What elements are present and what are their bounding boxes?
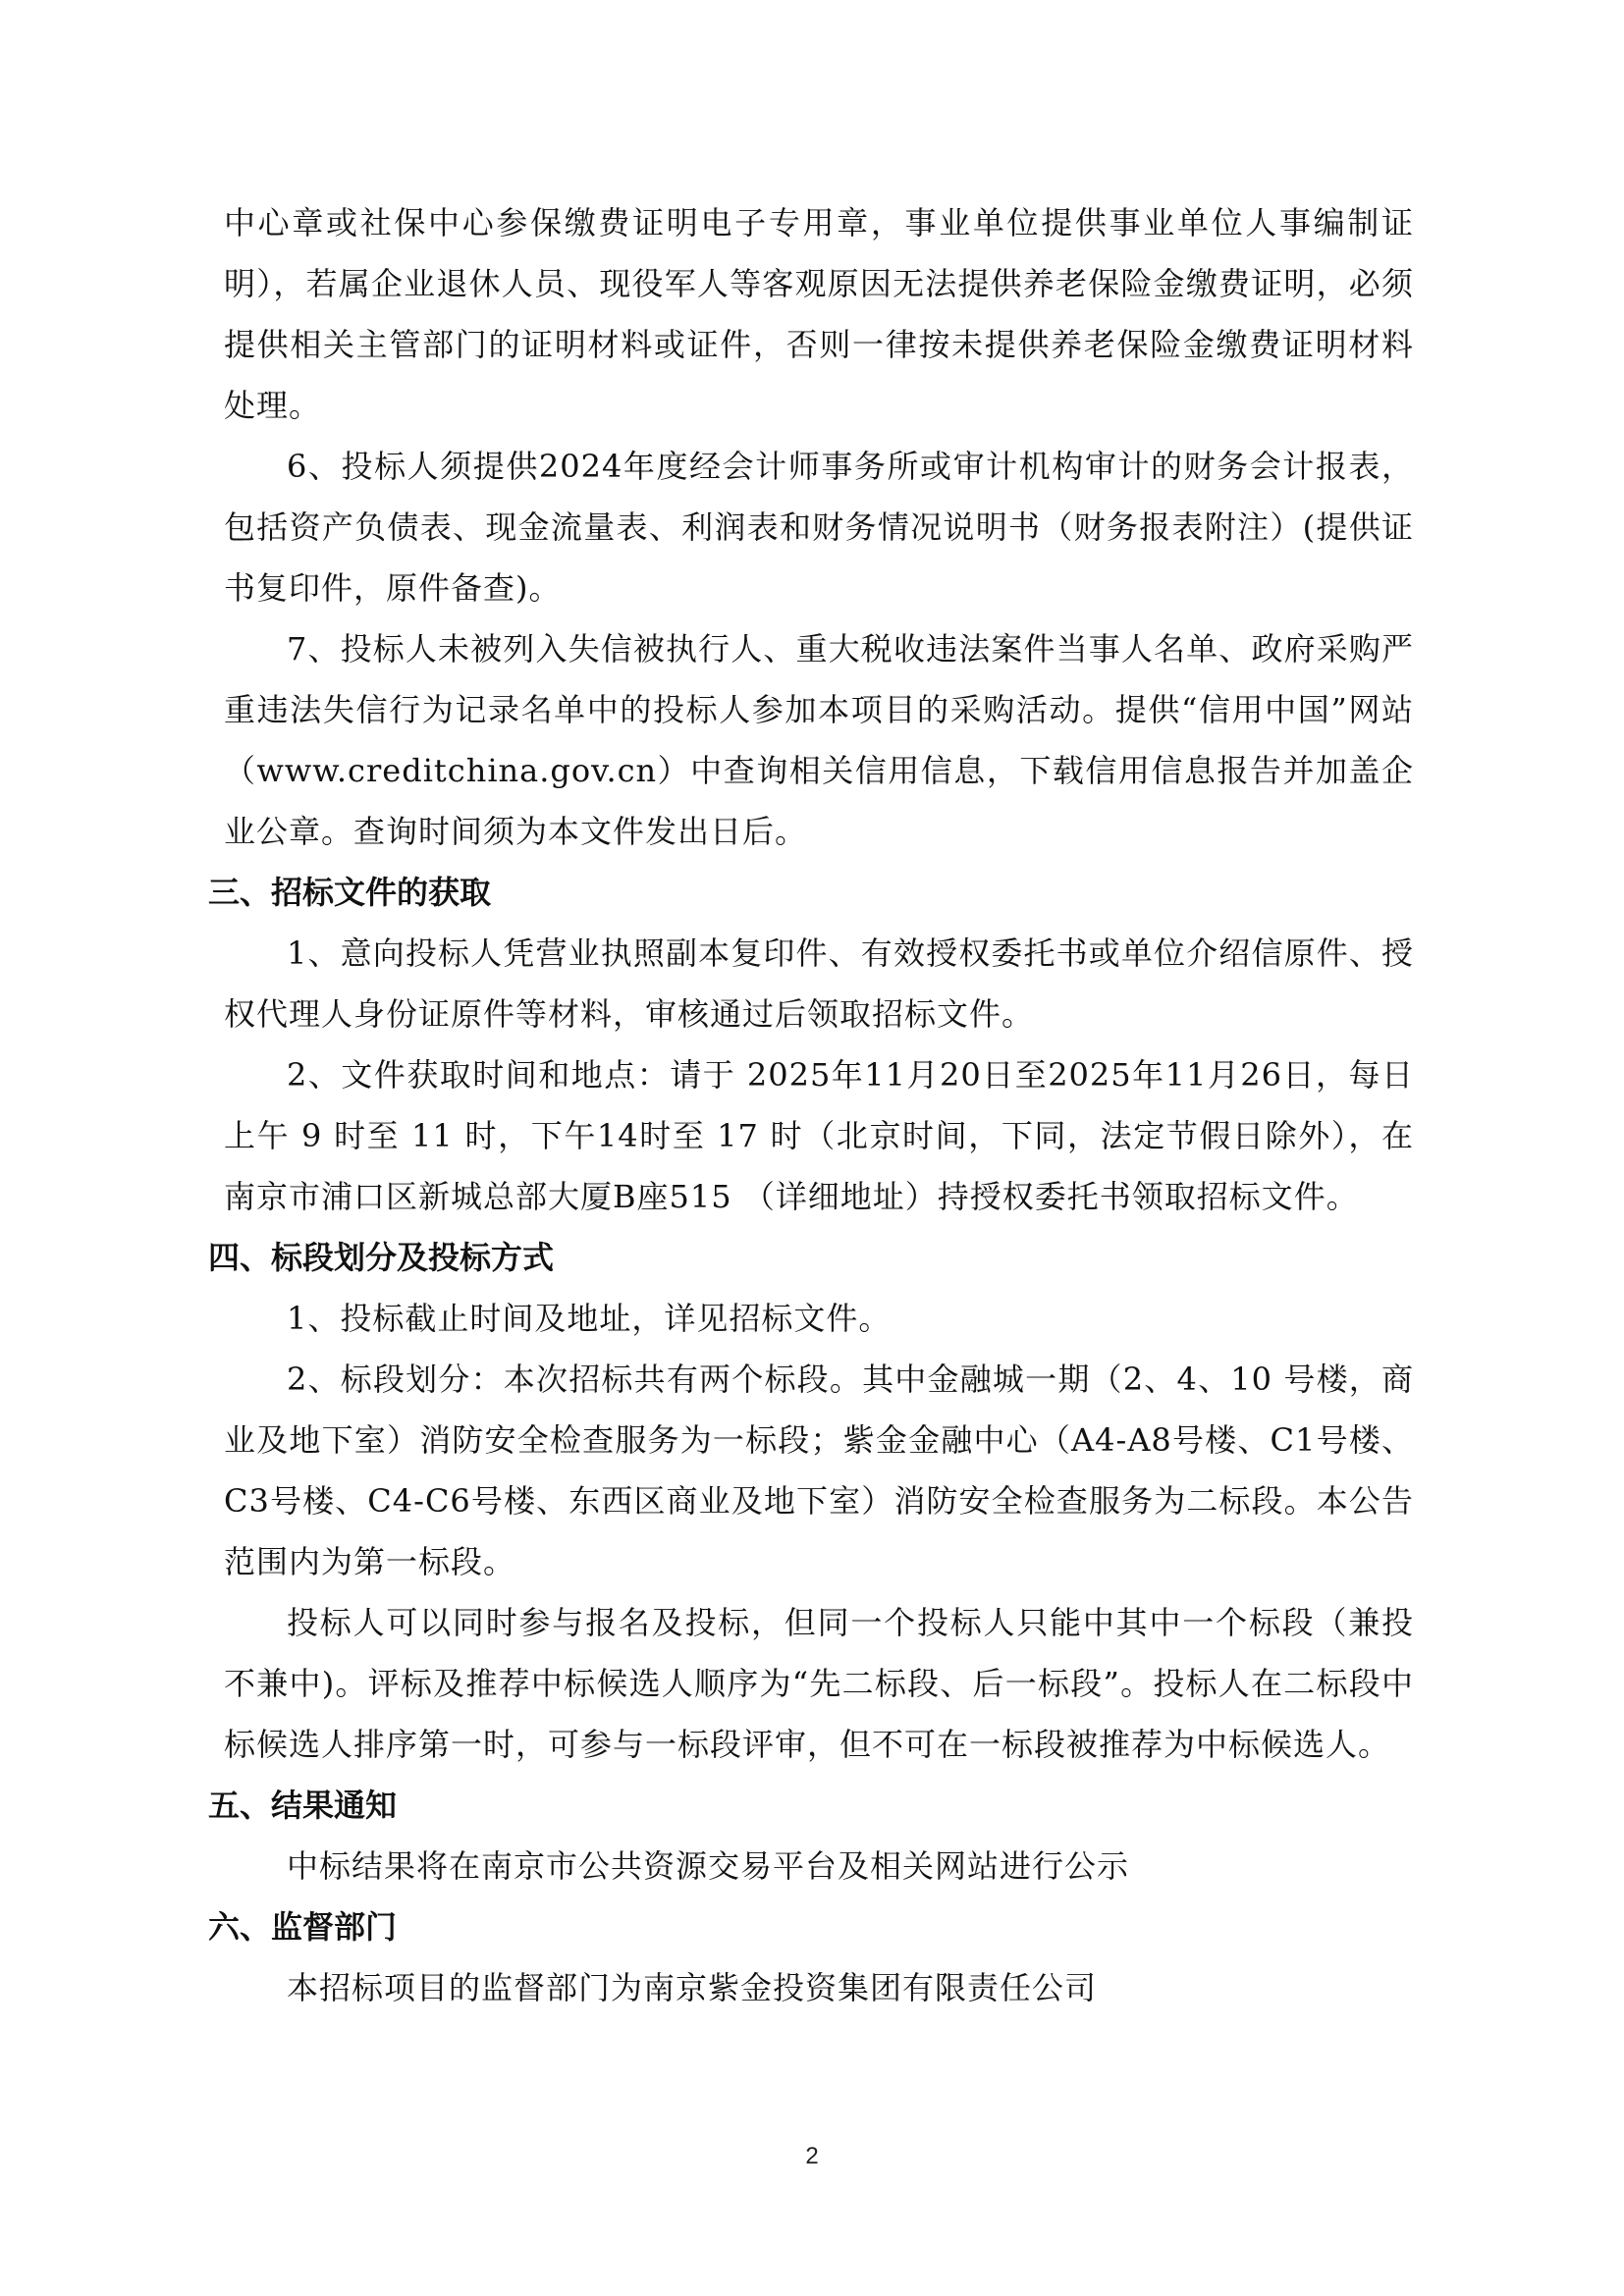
section-heading-3: 三、招标文件的获取 (208, 862, 1414, 923)
section-heading-5: 五、结果通知 (208, 1775, 1414, 1836)
paragraph-obtain-docs-1: 1、意向投标人凭营业执照副本复印件、有效授权委托书或单位介绍信原件、授权代理人身… (208, 923, 1414, 1044)
section-heading-6: 六、监督部门 (208, 1896, 1414, 1957)
paragraph-bidding-rules: 投标人可以同时参与报名及投标，但同一个投标人只能中其中一个标段（兼投不兼中)。评… (208, 1592, 1414, 1775)
paragraph-result-notice: 中标结果将在南京市公共资源交易平台及相关网站进行公示 (208, 1836, 1414, 1896)
paragraph-item-6-financial-statements: 6、投标人须提供2024年度经会计师事务所或审计机构审计的财务会计报表，包括资产… (208, 436, 1414, 618)
paragraph-supervision: 本招标项目的监督部门为南京紫金投资集团有限责任公司 (208, 1957, 1414, 2018)
page-number: 2 (0, 2143, 1624, 2170)
paragraph-lot-division: 2、标段划分：本次招标共有两个标段。其中金融城一期（2、4、10 号楼，商业及地… (208, 1349, 1414, 1592)
paragraph-deadline: 1、投标截止时间及地址，详见招标文件。 (208, 1288, 1414, 1349)
paragraph-pension-proof: 中心章或社保中心参保缴费证明电子专用章，事业单位提供事业单位人事编制证明），若属… (208, 192, 1414, 436)
section-heading-4: 四、标段划分及投标方式 (208, 1227, 1414, 1288)
document-page: 中心章或社保中心参保缴费证明电子专用章，事业单位提供事业单位人事编制证明），若属… (208, 192, 1414, 2018)
paragraph-item-7-credit-record: 7、投标人未被列入失信被执行人、重大税收违法案件当事人名单、政府采购严重违法失信… (208, 618, 1414, 862)
paragraph-obtain-docs-2: 2、文件获取时间和地点：请于 2025年11月20日至2025年11月26日，每… (208, 1044, 1414, 1227)
